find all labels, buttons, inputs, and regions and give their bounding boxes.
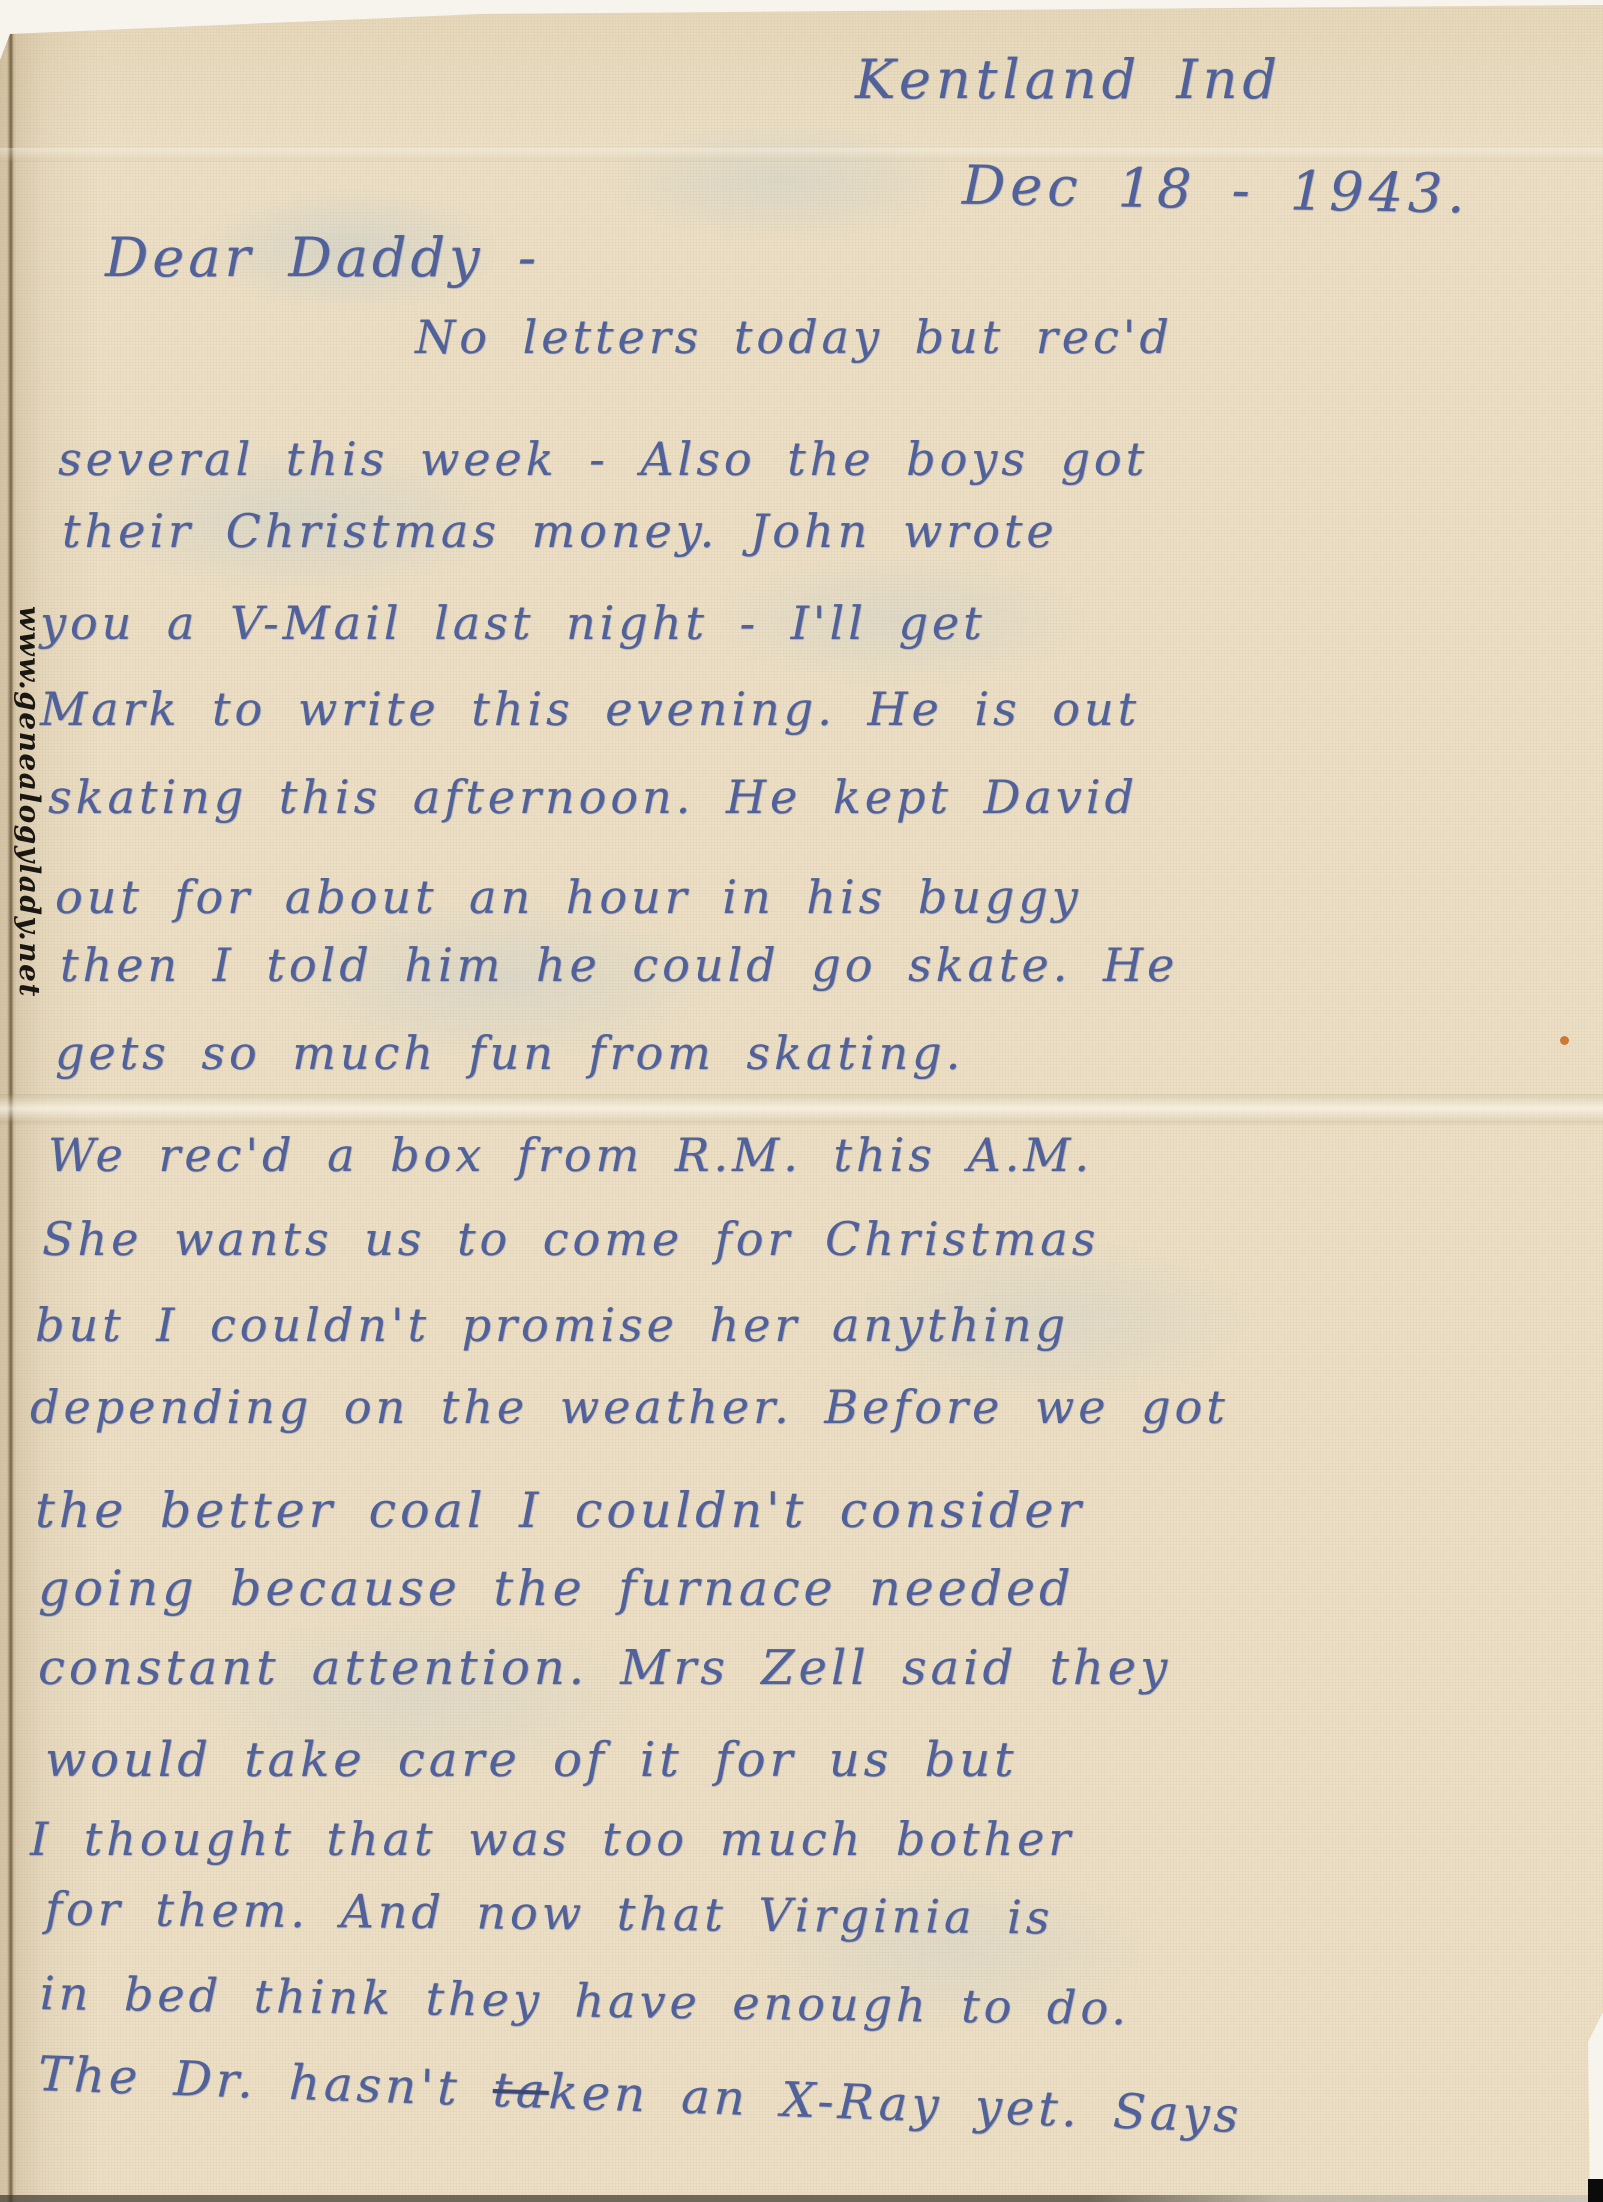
letter-line: We rec'd a box from R.M. this A.M. xyxy=(48,1128,1093,1182)
letter-line: No letters today but rec'd xyxy=(415,310,1173,364)
letter-line: skating this afternoon. He kept David xyxy=(48,770,1138,824)
scan-corner-mark xyxy=(1588,2179,1603,2202)
letter-line-with-correction: The Dr. hasn't taken an X-Ray yet. Says xyxy=(37,2046,1243,2144)
letter-line: their Christmas money. John wrote xyxy=(62,504,1058,558)
ink-speck xyxy=(1560,1036,1569,1045)
letter-line: constant attention. Mrs Zell said they xyxy=(38,1640,1171,1696)
letter-line: but I couldn't promise her anything xyxy=(35,1298,1069,1352)
letter-line: then I told him he could go skate. He xyxy=(60,938,1178,992)
letter-line: gets so much fun from skating. xyxy=(55,1026,964,1080)
crossed-out-text: ta xyxy=(492,2062,550,2120)
letter-line-fragment: ken an X-Ray yet. Says xyxy=(548,2064,1243,2144)
letter-line: would take care of it for us but xyxy=(45,1732,1017,1788)
letter-line: the better coal I couldn't consider xyxy=(35,1482,1085,1539)
letter-line: depending on the weather. Before we got xyxy=(30,1380,1229,1434)
scan-bottom-edge-shadow xyxy=(0,2195,1603,2202)
letter-line: you a V-Mail last night - I'll get xyxy=(40,596,986,650)
scanned-letter-page: www.genealogylady.net Kentland Ind Dec 1… xyxy=(0,0,1603,2202)
paper-fold-line xyxy=(0,1094,1603,1126)
letter-line: I thought that was too much bother xyxy=(30,1812,1074,1866)
letter-date-line: Dec 18 - 1943. xyxy=(961,154,1470,226)
watermark-text: www.genealogylady.net xyxy=(13,606,46,998)
letter-line: She wants us to come for Christmas xyxy=(42,1212,1099,1266)
letter-line: going because the furnace needed xyxy=(38,1560,1074,1617)
letter-salutation: Dear Daddy - xyxy=(105,226,540,289)
letter-line: several this week - Also the boys got xyxy=(58,432,1148,486)
letter-line: for them. And now that Virginia is xyxy=(45,1882,1054,1945)
letter-place-line: Kentland Ind xyxy=(855,48,1282,111)
letter-line: out for about an hour in his buggy xyxy=(55,870,1082,924)
letter-paper: www.genealogylady.net Kentland Ind Dec 1… xyxy=(0,0,1603,2202)
letter-line: in bed think they have enough to do. xyxy=(40,1966,1131,2035)
letter-line-fragment: The Dr. hasn't xyxy=(37,2046,494,2118)
letter-line: Mark to write this evening. He is out xyxy=(40,682,1140,736)
